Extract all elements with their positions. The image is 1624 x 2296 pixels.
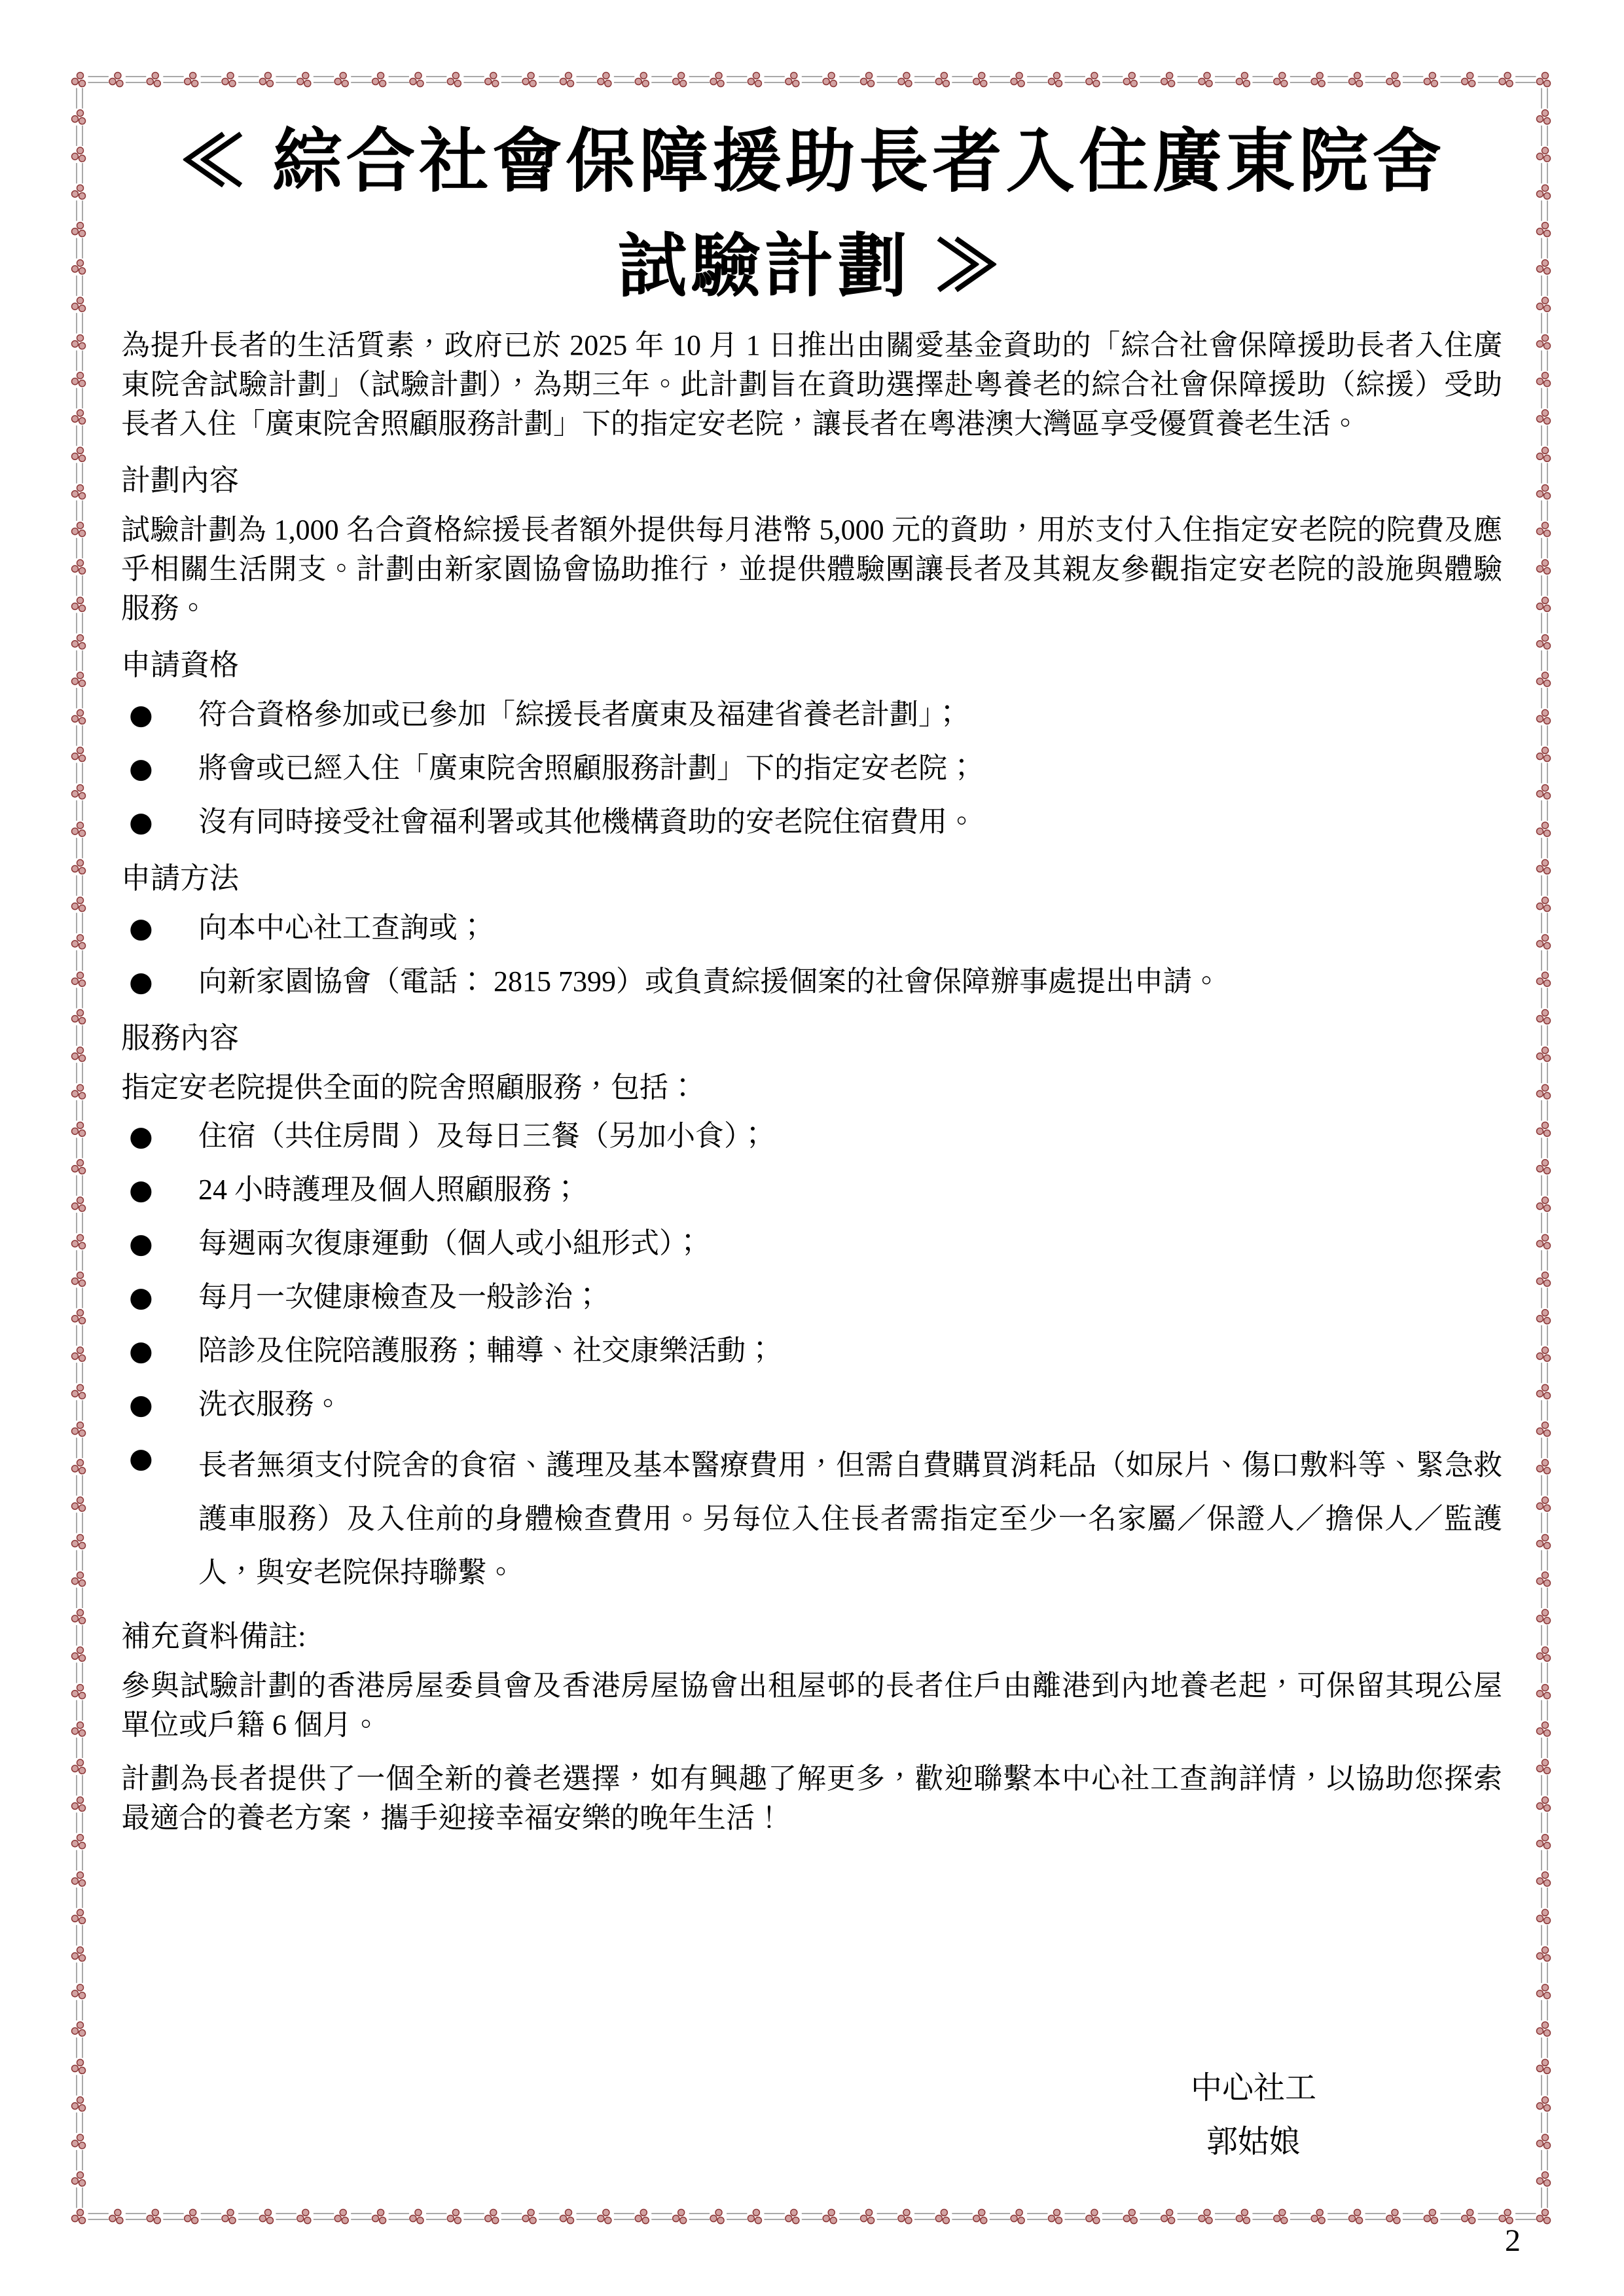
title-line-2: 試驗計劃 ≫: [121, 215, 1502, 319]
list-item-text: 向本中心社工查詢或；: [198, 908, 1502, 948]
list-item-text: 24 小時護理及個人照顧服務；: [198, 1170, 1502, 1210]
list-item-text: 長者無須支付院舍的食宿、護理及基本醫療費用，但需自費購買消耗品（如尿片、傷口敷料…: [198, 1439, 1502, 1600]
list-item-text: 向新家園協會（電話： 2815 7399）或負責綜援個案的社會保障辦事處提出申請…: [198, 962, 1502, 1001]
list-item: ● 向本中心社工查詢或；: [121, 908, 1502, 948]
list-item: ● 洗衣服務。: [121, 1385, 1502, 1424]
services-intro: 指定安老院提供全面的院舍照顧服務，包括：: [121, 1068, 1502, 1107]
eligibility-list: ● 符合資格參加或已參加「綜援長者廣東及福建省養老計劃」； ● 將會或已經入住「…: [121, 695, 1502, 842]
section-heading-eligibility: 申請資格: [121, 645, 1502, 685]
list-item: ● 住宿（共住房間 ）及每日三餐（另加小食）；: [121, 1117, 1502, 1156]
bullet-icon: ●: [121, 1331, 198, 1371]
list-item: ● 長者無須支付院舍的食宿、護理及基本醫療費用，但需自費購買消耗品（如尿片、傷口…: [121, 1439, 1502, 1600]
services-list: ● 住宿（共住房間 ）及每日三餐（另加小食）； ● 24 小時護理及個人照顧服務…: [121, 1117, 1502, 1600]
bullet-icon: ●: [121, 962, 198, 1001]
bullet-icon: ●: [121, 1439, 198, 1600]
bullet-icon: ●: [121, 1170, 198, 1210]
list-item: ● 符合資格參加或已參加「綜援長者廣東及福建省養老計劃」；: [121, 695, 1502, 734]
list-item-text: 沒有同時接受社會福利署或其他機構資助的安老院住宿費用。: [198, 802, 1502, 842]
list-item: ● 向新家園協會（電話： 2815 7399）或負責綜援個案的社會保障辦事處提出…: [121, 962, 1502, 1001]
notes-paragraph-2: 計劃為長者提供了一個全新的養老選擇，如有興趣了解更多，歡迎聯繫本中心社工查詢詳情…: [121, 1759, 1502, 1838]
list-item-text: 住宿（共住房間 ）及每日三餐（另加小食）；: [198, 1117, 1502, 1156]
title-line-1: ≪ 綜合社會保障援助長者入住廣東院舍: [121, 110, 1502, 215]
section-heading-application: 申請方法: [121, 859, 1502, 898]
application-list: ● 向本中心社工查詢或； ● 向新家園協會（電話： 2815 7399）或負責綜…: [121, 908, 1502, 1001]
bullet-icon: ●: [121, 908, 198, 948]
list-item: ● 24 小時護理及個人照顧服務；: [121, 1170, 1502, 1210]
bullet-icon: ●: [121, 1224, 198, 1263]
list-item-text: 洗衣服務。: [198, 1385, 1502, 1424]
bullet-icon: ●: [121, 695, 198, 734]
list-item-text: 每月一次健康檢查及一般診治；: [198, 1278, 1502, 1317]
document-page: ≪ 綜合社會保障援助長者入住廣東院舍 試驗計劃 ≫ 為提升長者的生活質素，政府已…: [0, 0, 1624, 2296]
signature-name: 郭姑娘: [1191, 2115, 1316, 2169]
bullet-icon: ●: [121, 1117, 198, 1156]
list-item: ● 每週兩次復康運動（個人或小組形式）；: [121, 1224, 1502, 1263]
notes-paragraph-1: 參與試驗計劃的香港房屋委員會及香港房屋協會出租屋邨的長者住戶由離港到內地養老起，…: [121, 1666, 1502, 1745]
list-item: ● 將會或已經入住「廣東院舍照顧服務計劃」下的指定安老院；: [121, 749, 1502, 788]
bullet-icon: ●: [121, 1385, 198, 1424]
list-item-text: 每週兩次復康運動（個人或小組形式）；: [198, 1224, 1502, 1263]
bullet-icon: ●: [121, 1278, 198, 1317]
bullet-icon: ●: [121, 802, 198, 842]
list-item: ● 每月一次健康檢查及一般診治；: [121, 1278, 1502, 1317]
intro-paragraph: 為提升長者的生活質素，政府已於 2025 年 10 月 1 日推出由關愛基金資助…: [121, 326, 1502, 444]
signature-role: 中心社工: [1191, 2062, 1316, 2115]
list-item-text: 陪診及住院陪護服務；輔導、社交康樂活動；: [198, 1331, 1502, 1371]
list-item: ● 陪診及住院陪護服務；輔導、社交康樂活動；: [121, 1331, 1502, 1371]
section-heading-plan-content: 計劃內容: [121, 461, 1502, 500]
list-item-text: 將會或已經入住「廣東院舍照顧服務計劃」下的指定安老院；: [198, 749, 1502, 788]
section-heading-services: 服務內容: [121, 1018, 1502, 1058]
list-item-text: 符合資格參加或已參加「綜援長者廣東及福建省養老計劃」；: [198, 695, 1502, 734]
signature-block: 中心社工 郭姑娘: [1191, 2062, 1316, 2169]
list-item: ● 沒有同時接受社會福利署或其他機構資助的安老院住宿費用。: [121, 802, 1502, 842]
section-heading-notes: 補充資料備註:: [121, 1617, 1502, 1656]
bullet-icon: ●: [121, 749, 198, 788]
page-number: 2: [1505, 2223, 1521, 2259]
document-title: ≪ 綜合社會保障援助長者入住廣東院舍 試驗計劃 ≫: [121, 110, 1502, 319]
plan-content-paragraph: 試驗計劃為 1,000 名合資格綜援長者額外提供每月港幣 5,000 元的資助，…: [121, 511, 1502, 628]
document-content: ≪ 綜合社會保障援助長者入住廣東院舍 試驗計劃 ≫ 為提升長者的生活質素，政府已…: [121, 110, 1502, 1852]
